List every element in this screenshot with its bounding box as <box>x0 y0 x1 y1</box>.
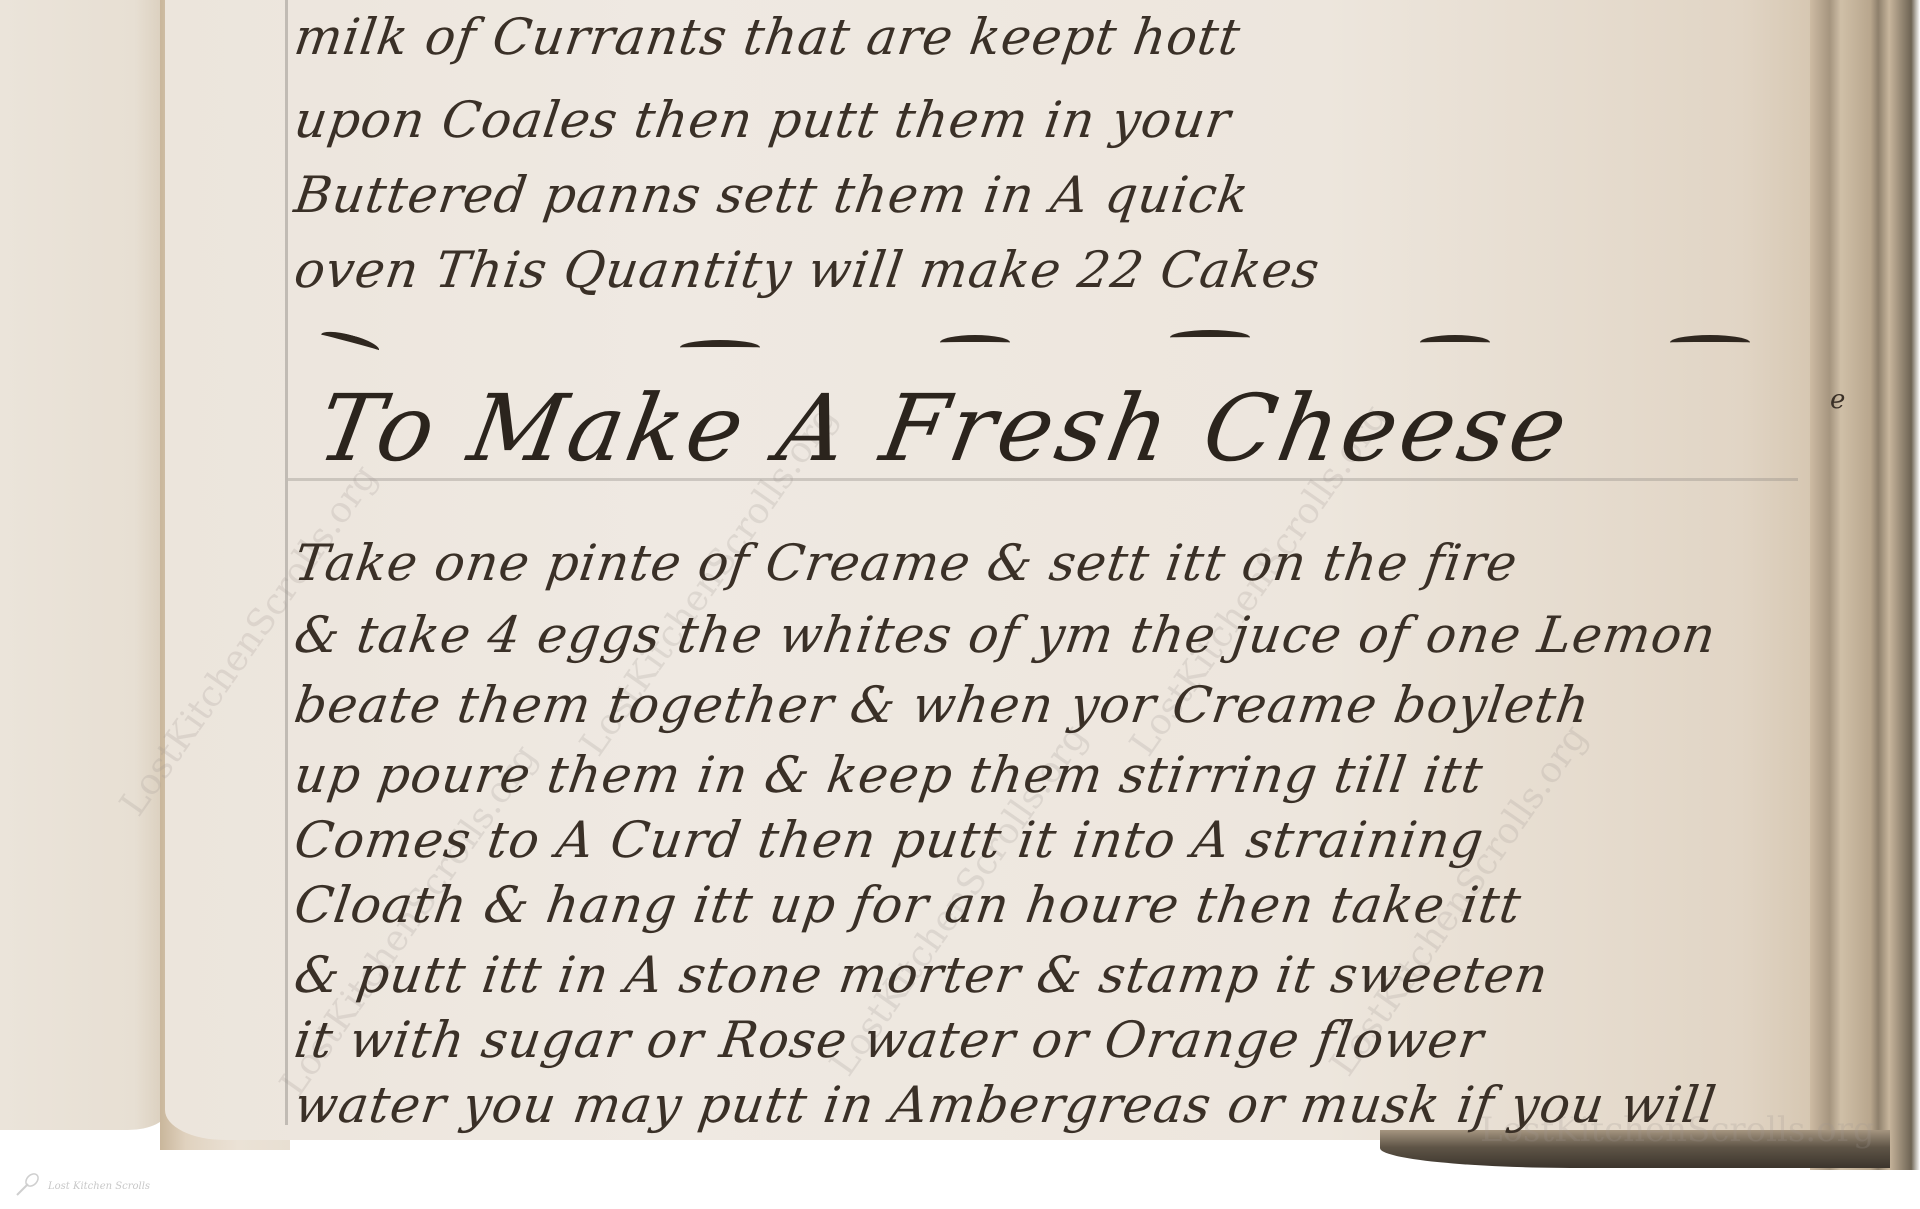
credit-label: Lost Kitchen Scrolls <box>48 1181 150 1192</box>
manuscript-line: oven This Quantity will make 22 Cakes <box>291 245 1798 295</box>
title-flourish <box>1420 335 1490 350</box>
manuscript-line: milk of Currants that are keept hott <box>291 12 1798 62</box>
site-credit: Lost Kitchen Scrolls <box>14 1172 150 1201</box>
whisk-icon <box>14 1172 40 1201</box>
manuscript-line: Comes to A Curd then putt it into A stra… <box>291 815 1798 865</box>
recipe-title: To Make A Fresh Cheese <box>311 375 1830 482</box>
manuscript-line: beate them together & when yor Creame bo… <box>291 680 1798 730</box>
manuscript-line: & take 4 eggs the whites of ym the juce … <box>291 610 1798 660</box>
title-flourish <box>1170 330 1250 345</box>
title-flourish <box>1670 335 1750 350</box>
title-flourish <box>680 340 760 355</box>
manuscript-line: Cloath & hang itt up for an houre then t… <box>291 880 1798 930</box>
manuscript-line: Take one pinte of Creame & sett itt on t… <box>291 538 1798 588</box>
manuscript-line: & putt itt in A stone morter & stamp it … <box>291 950 1798 1000</box>
manuscript-line: upon Coales then putt them in your <box>291 95 1798 145</box>
manuscript-line: Buttered panns sett them in A quick <box>291 170 1798 220</box>
facing-page <box>0 0 168 1130</box>
title-flourish <box>940 335 1010 350</box>
manuscript-line: up poure them in & keep them stirring ti… <box>291 750 1798 800</box>
page-edges-binding <box>1810 0 1920 1170</box>
manuscript-line: it with sugar or Rose water or Orange fl… <box>291 1015 1798 1065</box>
margin-mark: e <box>1830 385 1845 415</box>
manuscript-line: water you may putt in Ambergreas or musk… <box>291 1080 1798 1130</box>
